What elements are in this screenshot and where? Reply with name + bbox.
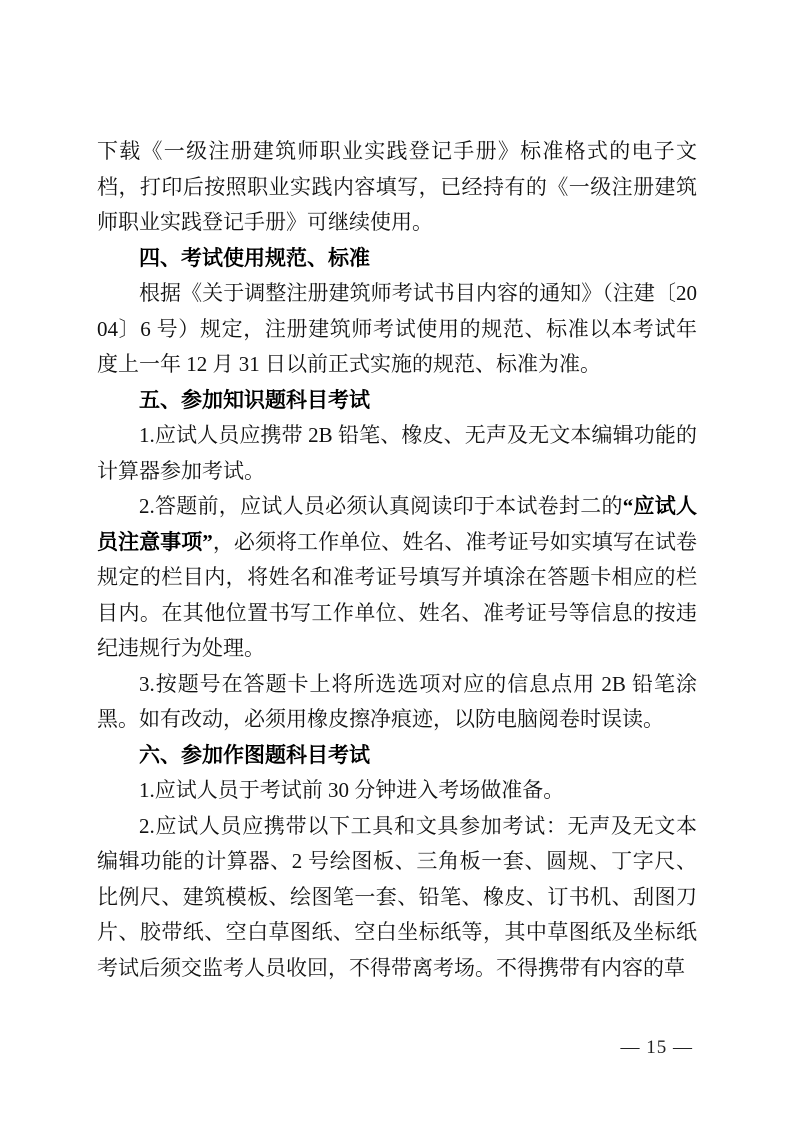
page-number: — 15 — [621,1037,694,1058]
paragraph-standards-basis: 根据《关于调整注册建筑师考试书目内容的通知》（注建〔2004〕6 号）规定，注册… [97,276,697,383]
page-footer: — 15 — [97,1036,697,1060]
paragraph-knowledge-item-1: 1.应试人员应携带 2B 铅笔、橡皮、无声及无文本编辑功能的计算器参加考试。 [97,418,697,489]
paragraph-knowledge-item-2: 2.答题前，应试人员必须认真阅读印于本试卷封二的“应试人员注意事项”，必须将工作… [97,489,697,667]
paragraph-drawing-item-1: 1.应试人员于考试前 30 分钟进入考场做准备。 [97,773,697,809]
paragraph-continuation: 下载《一级注册建筑师职业实践登记手册》标准格式的电子文档，打印后按照职业实践内容… [97,134,697,241]
paragraph-knowledge-item-3: 3.按题号在答题卡上将所选选项对应的信息点用 2B 铅笔涂黑。如有改动，必须用橡… [97,667,697,738]
section-heading-6-drawing-exam: 六、参加作图题科目考试 [97,738,697,774]
section-heading-4-exam-standards: 四、考试使用规范、标准 [97,241,697,277]
notice-pre-text: 2.答题前，应试人员必须认真阅读印于本试卷封二的 [139,494,623,518]
document-page: 下载《一级注册建筑师职业实践登记手册》标准格式的电子文档，打印后按照职业实践内容… [0,0,794,1123]
paragraph-drawing-item-2: 2.应试人员应携带以下工具和文具参加考试：无声及无文本编辑功能的计算器、2 号绘… [97,809,697,987]
document-body: 下载《一级注册建筑师职业实践登记手册》标准格式的电子文档，打印后按照职业实践内容… [97,134,697,986]
section-heading-5-knowledge-exam: 五、参加知识题科目考试 [97,383,697,419]
